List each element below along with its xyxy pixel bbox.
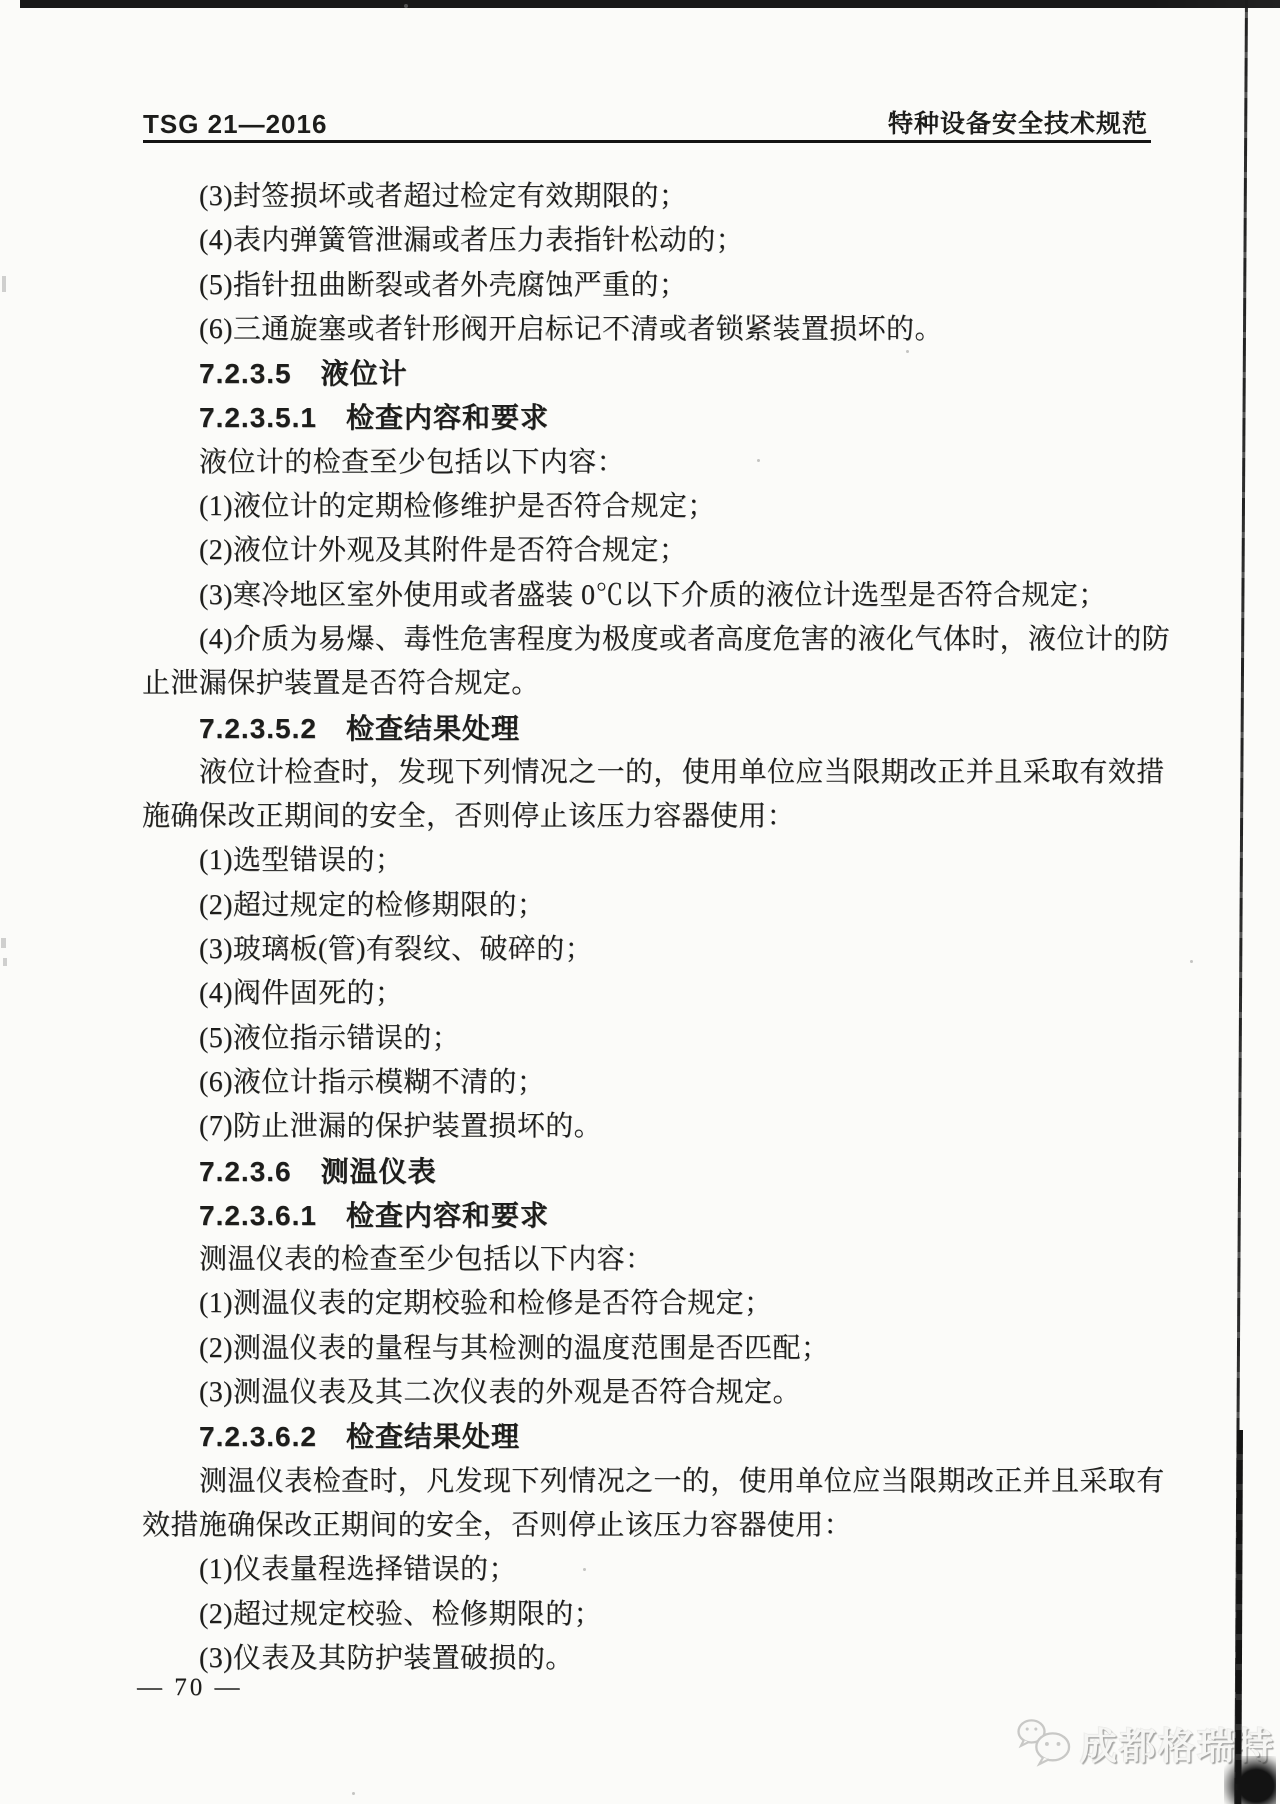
section-heading-line: 7.2.3.5 液位计: [142, 352, 1156, 396]
dust-speck: [757, 459, 760, 462]
text-line: (3)仪表及其防护装置破损的。: [142, 1637, 1156, 1681]
header-rule: [143, 140, 1151, 143]
text-line: (3)测温仪表及其二次仪表的外观是否符合规定。: [142, 1371, 1156, 1415]
text-line: (4)阀件固死的；: [142, 972, 1156, 1016]
text-line: (6)液位计指示模糊不清的；: [142, 1061, 1156, 1105]
bottom-right-ink-blob: [1224, 1756, 1276, 1804]
top-edge-scan-artifact: [20, 0, 1280, 8]
section-heading-line: 7.2.3.6 测温仪表: [142, 1150, 1156, 1194]
section-heading-line: 7.2.3.6.2 检查结果处理: [142, 1415, 1156, 1459]
text-line: (7)防止泄漏的保护装置损坏的。: [142, 1105, 1156, 1149]
page-header: TSG 21—2016 特种设备安全技术规范: [143, 104, 1148, 140]
text-line: 施确保改正期间的安全，否则停止该压力容器使用：: [142, 795, 1156, 839]
header-document-code: TSG 21—2016: [143, 109, 327, 140]
text-line: 液位计的检查至少包括以下内容：: [142, 441, 1156, 485]
section-heading-line: 7.2.3.5.2 检查结果处理: [142, 707, 1156, 751]
scanned-page: TSG 21—2016 特种设备安全技术规范 (3)封签损坏或者超过检定有效期限…: [0, 0, 1280, 1804]
dust-speck: [404, 4, 408, 8]
text-line: (3)寒冷地区室外使用或者盛装 0℃以下介质的液位计选型是否符合规定；: [142, 574, 1156, 618]
dust-speck: [906, 350, 909, 353]
left-edge-mark: [3, 958, 7, 966]
text-line: (1)液位计的定期检修维护是否符合规定；: [142, 485, 1156, 529]
text-line: 效措施确保改正期间的安全，否则停止该压力容器使用：: [142, 1504, 1156, 1548]
dust-speck: [352, 1792, 355, 1795]
text-line: 液位计检查时，发现下列情况之一的，使用单位应当限期改正并且采取有效措: [142, 751, 1156, 795]
dust-speck: [545, 332, 549, 336]
text-line: 止泄漏保护装置是否符合规定。: [142, 662, 1156, 706]
text-line: (2)超过规定校验、检修期限的；: [142, 1593, 1156, 1637]
text-line: (2)超过规定的检修期限的；: [142, 884, 1156, 928]
header-document-title: 特种设备安全技术规范: [888, 104, 1148, 140]
dust-speck: [1190, 960, 1193, 963]
section-heading-line: 7.2.3.5.1 检查内容和要求: [142, 396, 1156, 440]
left-edge-mark: [1, 938, 6, 948]
text-line: 测温仪表检查时，凡发现下列情况之一的，使用单位应当限期改正并且采取有: [142, 1460, 1156, 1504]
text-line: (5)液位指示错误的；: [142, 1017, 1156, 1061]
section-heading-line: 7.2.3.6.1 检查内容和要求: [142, 1194, 1156, 1238]
text-line: (5)指针扭曲断裂或者外壳腐蚀严重的；: [142, 264, 1156, 308]
left-edge-mark: [2, 276, 6, 292]
text-line: (2)液位计外观及其附件是否符合规定；: [142, 529, 1156, 573]
text-line: (6)三通旋塞或者针形阀开启标记不清或者锁紧装置损坏的。: [142, 308, 1156, 352]
text-line: (1)仪表量程选择错误的；: [142, 1548, 1156, 1592]
text-line: (3)封签损坏或者超过检定有效期限的；: [142, 175, 1156, 219]
dust-speck: [583, 1568, 586, 1571]
text-line: (1)选型错误的；: [142, 839, 1156, 883]
text-line: (4)介质为易爆、毒性危害程度为极度或者高度危害的液化气体时，液位计的防: [142, 618, 1156, 662]
text-line: (3)玻璃板(管)有裂纹、破碎的；: [142, 928, 1156, 972]
page-number: — 70 —: [137, 1674, 243, 1702]
text-line: (1)测温仪表的定期校验和检修是否符合规定；: [142, 1282, 1156, 1326]
wechat-logo-icon: [1016, 1717, 1074, 1769]
text-line: 测温仪表的检查至少包括以下内容：: [142, 1238, 1156, 1282]
text-line: (2)测温仪表的量程与其检测的温度范围是否匹配；: [142, 1327, 1156, 1371]
document-lines: (3)封签损坏或者超过检定有效期限的；(4)表内弹簧管泄漏或者压力表指针松动的；…: [142, 175, 1156, 1681]
text-line: (4)表内弹簧管泄漏或者压力表指针松动的；: [142, 219, 1156, 263]
